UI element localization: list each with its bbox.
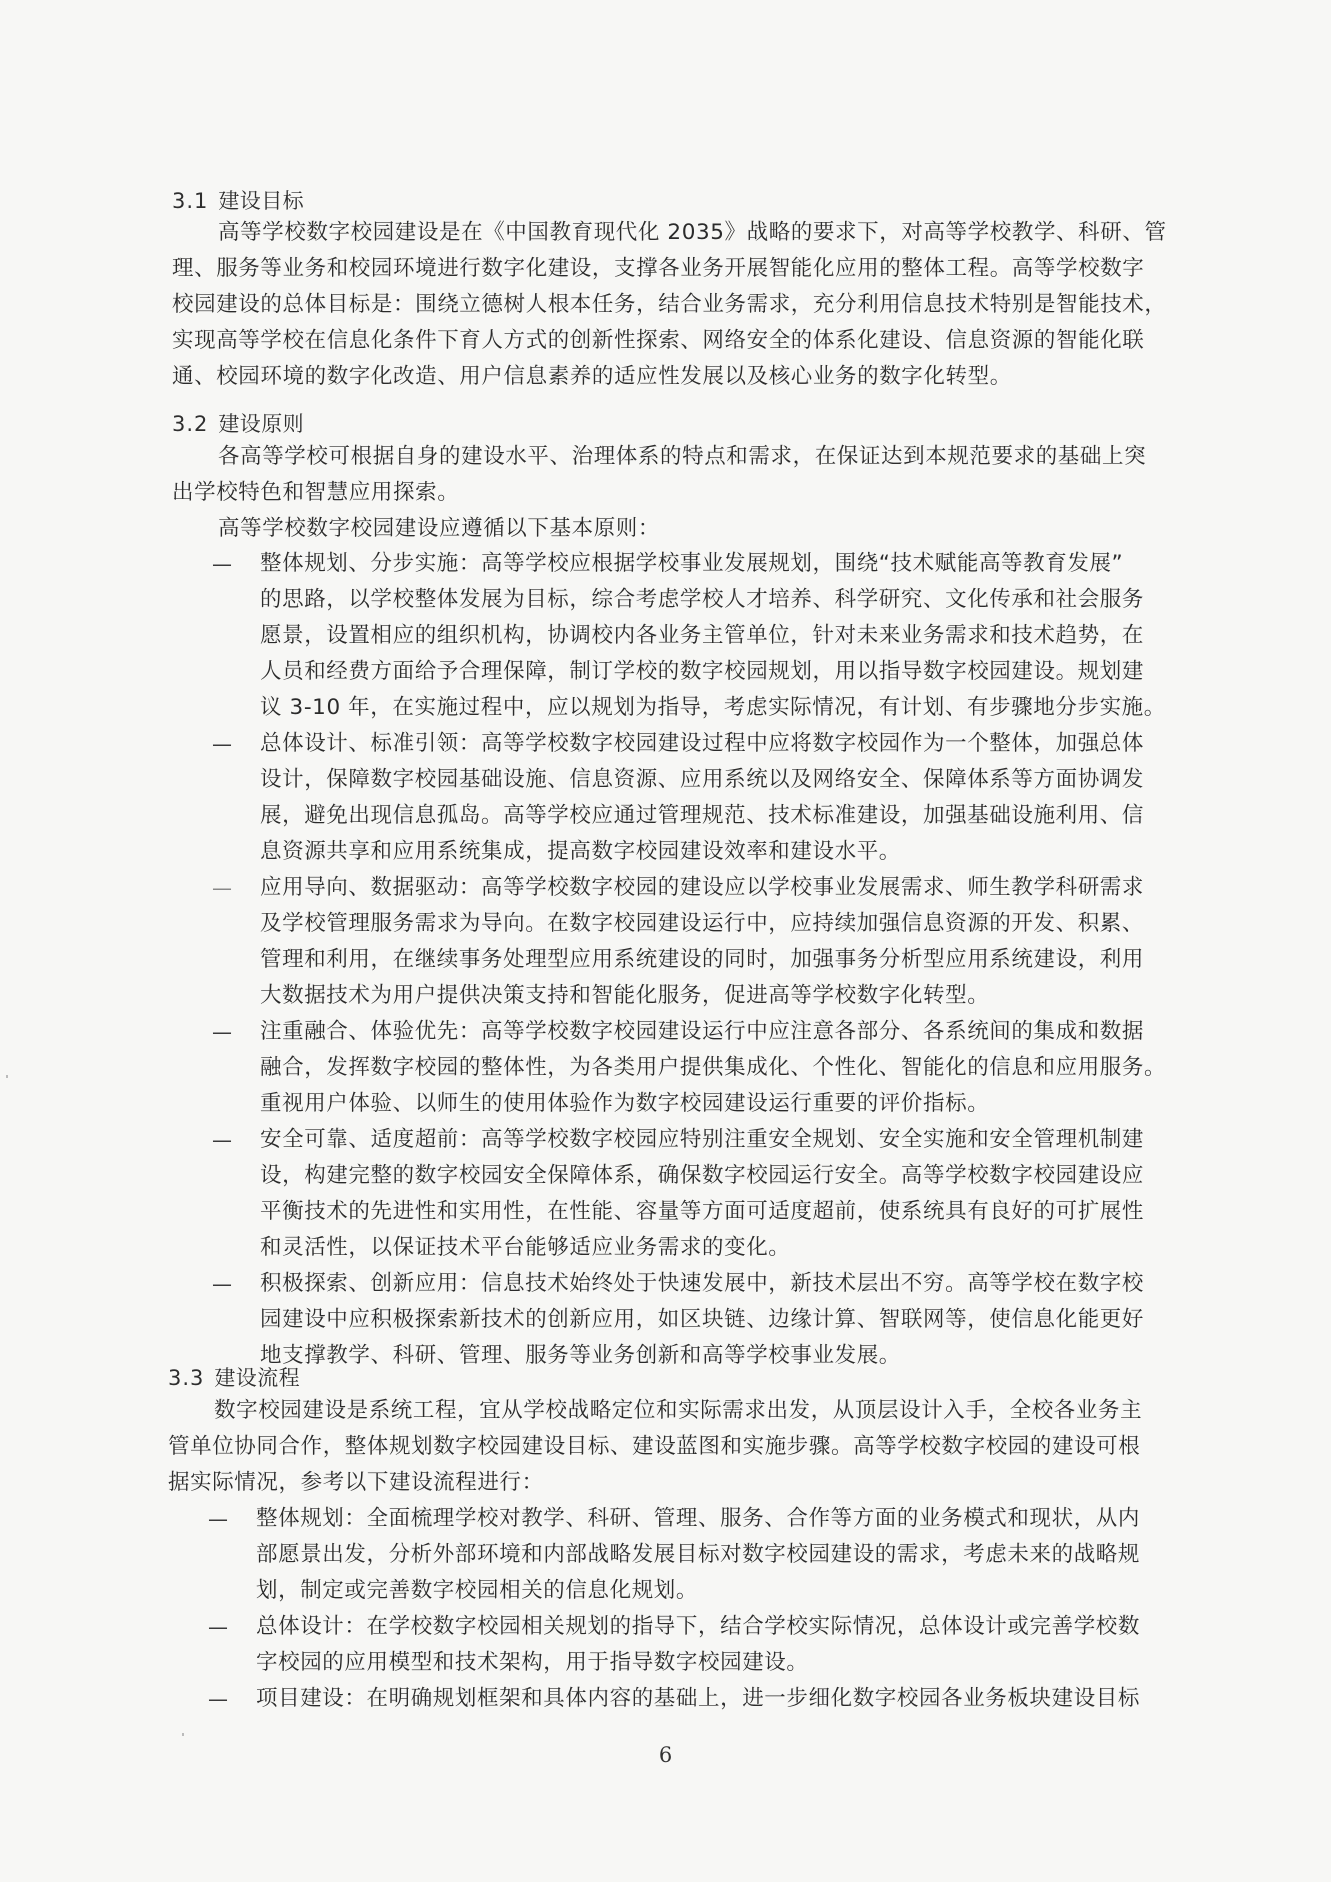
section-title: 建设目标 bbox=[218, 189, 304, 213]
list-item-line: 人员和经费方面给予合理保障，制订学校的数字校园规划，用以指导数字校园建设。规划建 bbox=[260, 657, 1144, 687]
list-item-line: 展，避免出现信息孤岛。高等学校应通过管理规范、技术标准建设，加强基础设施利用、信 bbox=[260, 801, 1144, 831]
section-number: 3.3 bbox=[168, 1366, 204, 1390]
bullet-dash-icon: — bbox=[212, 729, 232, 759]
list-item-line: 和灵活性，以保证技术平台能够适应业务需求的变化。 bbox=[260, 1233, 790, 1263]
list-item-line: 大数据技术为用户提供决策支持和智能化服务，促进高等学校数字化转型。 bbox=[260, 981, 989, 1011]
list-item-line: 注重融合、体验优先：高等学校数字校园建设运行中应注意各部分、各系统间的集成和数据 bbox=[260, 1017, 1144, 1047]
list-item-line: 安全可靠、适度超前：高等学校数字校园应特别注重安全规划、安全实施和安全管理机制建 bbox=[260, 1125, 1144, 1155]
section-number: 3.1 bbox=[172, 189, 208, 213]
list-item-line: 园建设中应积极探索新技术的创新应用，如区块链、边缘计算、智联网等，使信息化能更好 bbox=[260, 1305, 1144, 1335]
section-title: 建设流程 bbox=[214, 1366, 300, 1390]
list-item-line: 愿景，设置相应的组织机构，协调校内各业务主管单位，针对未来业务需求和技术趋势，在 bbox=[260, 621, 1144, 651]
list-item-line: 整体规划、分步实施：高等学校应根据学校事业发展规划，围绕“技术赋能高等教育发展” bbox=[260, 549, 1123, 579]
bullet-dash-icon: — bbox=[208, 1612, 228, 1642]
list-item-line: 设计，保障数字校园基础设施、信息资源、应用系统以及网络安全、保障体系等方面协调发 bbox=[260, 765, 1144, 795]
list-item-line: 融合，发挥数字校园的整体性，为各类用户提供集成化、个性化、智能化的信息和应用服务… bbox=[260, 1053, 1166, 1083]
bullet-dash-icon: — bbox=[212, 1125, 232, 1155]
section-title: 建设原则 bbox=[218, 412, 304, 436]
bullet-dash-icon: — bbox=[212, 1269, 232, 1299]
list-item-line: 积极探索、创新应用：信息技术始终处于快速发展中，新技术层出不穷。高等学校在数字校 bbox=[260, 1269, 1144, 1299]
section-number: 3.2 bbox=[172, 412, 208, 436]
paragraph-line: 管单位协同合作，整体规划数字校园建设目标、建设蓝图和实施步骤。高等学校数字校园的… bbox=[168, 1432, 1140, 1462]
list-item-line: 地支撑教学、科研、管理、服务等业务创新和高等学校事业发展。 bbox=[260, 1341, 901, 1371]
page-number: 6 bbox=[0, 1743, 1331, 1767]
list-item-line: 重视用户体验、以师生的使用体验作为数字校园建设运行重要的评价指标。 bbox=[260, 1089, 989, 1119]
list-item-line: 的思路，以学校整体发展为目标，综合考虑学校人才培养、科学研究、文化传承和社会服务 bbox=[260, 585, 1144, 615]
paragraph-line: 出学校特色和智慧应用探索。 bbox=[172, 478, 459, 508]
list-item-line: 平衡技术的先进性和实用性，在性能、容量等方面可适度超前，使系统具有良好的可扩展性 bbox=[260, 1197, 1144, 1227]
paragraph-line: 理、服务等业务和校园环境进行数字化建设，支撑各业务开展智能化应用的整体工程。高等… bbox=[172, 254, 1144, 284]
paragraph-line: 高等学校数字校园建设是在《中国教育现代化 2035》战略的要求下，对高等学校教学… bbox=[218, 218, 1167, 248]
scan-speck bbox=[182, 1733, 184, 1736]
paragraph-line: 通、校园环境的数字化改造、用户信息素养的适应性发展以及核心业务的数字化转型。 bbox=[172, 362, 1012, 392]
bullet-dash-icon: — bbox=[208, 1504, 228, 1534]
list-item-line: 项目建设：在明确规划框架和具体内容的基础上，进一步细化数字校园各业务板块建设目标 bbox=[256, 1684, 1140, 1714]
list-item-line: 划，制定或完善数字校园相关的信息化规划。 bbox=[256, 1576, 698, 1606]
section-heading-3-1: 3.1建设目标 bbox=[172, 186, 304, 216]
bullet-dash-icon: — bbox=[208, 1684, 228, 1714]
list-item-line: 设，构建完整的数字校园安全保障体系，确保数字校园运行安全。高等学校数字校园建设应 bbox=[260, 1161, 1144, 1191]
list-item-line: 字校园的应用模型和技术架构，用于指导数字校园建设。 bbox=[256, 1648, 809, 1678]
list-item-line: 整体规划：全面梳理学校对教学、科研、管理、服务、合作等方面的业务模式和现状，从内 bbox=[256, 1504, 1140, 1534]
list-item-line: 及学校管理服务需求为导向。在数字校园建设运行中，应持续加强信息资源的开发、积累、 bbox=[260, 909, 1144, 939]
paragraph-line: 高等学校数字校园建设应遵循以下基本原则： bbox=[218, 514, 660, 544]
scan-speck bbox=[6, 1075, 8, 1078]
list-item-line: 议 3-10 年，在实施过程中，应以规划为指导，考虑实际情况，有计划、有步骤地分… bbox=[260, 693, 1166, 723]
paragraph-line: 据实际情况，参考以下建设流程进行： bbox=[168, 1468, 544, 1498]
section-heading-3-3: 3.3建设流程 bbox=[168, 1363, 300, 1393]
paragraph-line: 校园建设的总体目标是：围绕立德树人根本任务，结合业务需求，充分利用信息技术特别是… bbox=[172, 290, 1167, 320]
bullet-dash-icon: — bbox=[212, 549, 232, 579]
document-page: 3.1建设目标 高等学校数字校园建设是在《中国教育现代化 2035》战略的要求下… bbox=[0, 0, 1331, 1882]
bullet-dash-icon: — bbox=[212, 1017, 232, 1047]
list-item-line: 部愿景出发，分析外部环境和内部战略发展目标对数字校园建设的需求，考虑未来的战略规 bbox=[256, 1540, 1140, 1570]
paragraph-line: 数字校园建设是系统工程，宜从学校战略定位和实际需求出发，从顶层设计入手，全校各业… bbox=[214, 1396, 1142, 1426]
bullet-dash-icon: — bbox=[212, 873, 232, 903]
list-item-line: 息资源共享和应用系统集成，提高数字校园建设效率和建设水平。 bbox=[260, 837, 901, 867]
paragraph-line: 各高等学校可根据自身的建设水平、治理体系的特点和需求，在保证达到本规范要求的基础… bbox=[218, 442, 1146, 472]
paragraph-line: 实现高等学校在信息化条件下育人方式的创新性探索、网络安全的体系化建设、信息资源的… bbox=[172, 326, 1144, 356]
list-item-line: 应用导向、数据驱动：高等学校数字校园的建设应以学校事业发展需求、师生教学科研需求 bbox=[260, 873, 1144, 903]
list-item-line: 总体设计：在学校数字校园相关规划的指导下，结合学校实际情况，总体设计或完善学校数 bbox=[256, 1612, 1140, 1642]
list-item-line: 总体设计、标准引领：高等学校数字校园建设过程中应将数字校园作为一个整体，加强总体 bbox=[260, 729, 1144, 759]
section-heading-3-2: 3.2建设原则 bbox=[172, 409, 304, 439]
list-item-line: 管理和利用，在继续事务处理型应用系统建设的同时，加强事务分析型应用系统建设，利用 bbox=[260, 945, 1144, 975]
